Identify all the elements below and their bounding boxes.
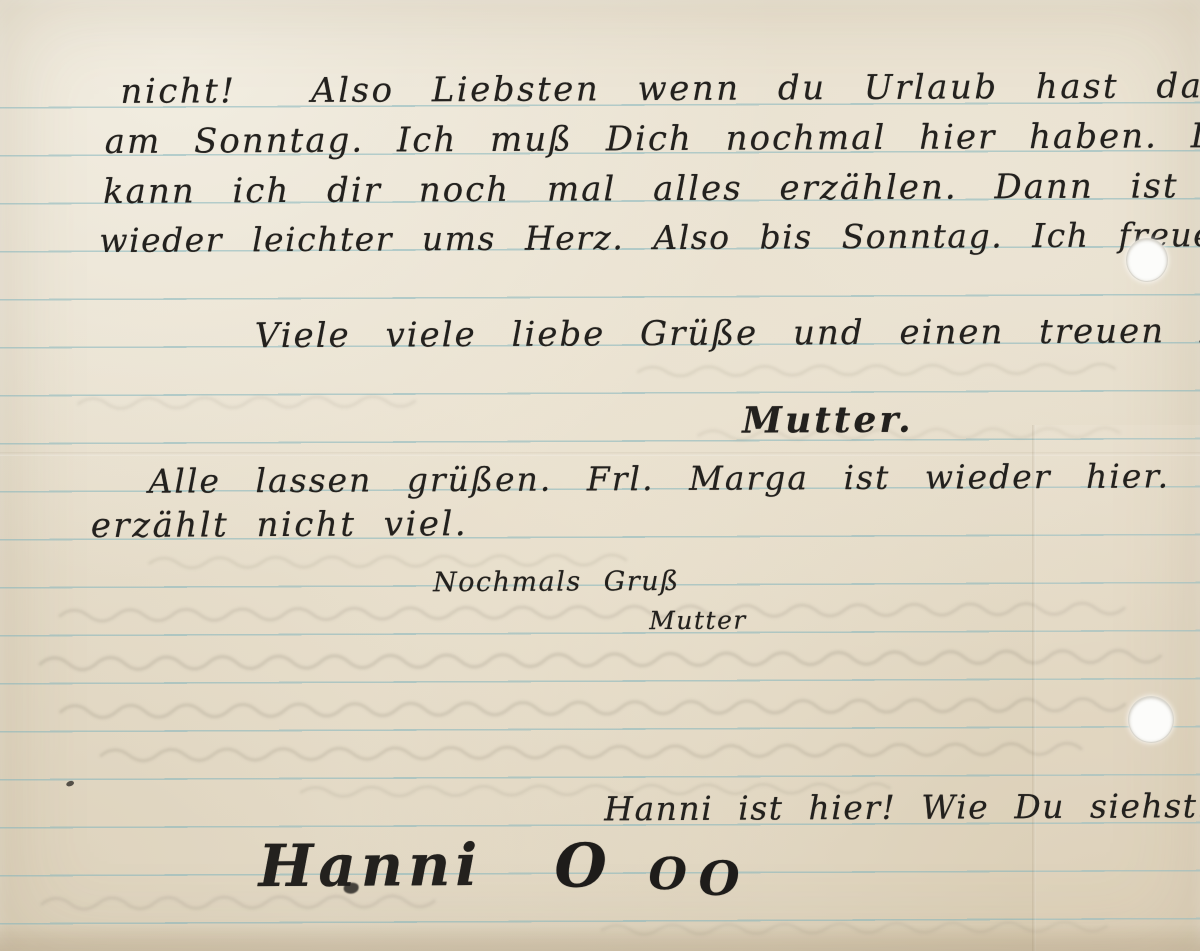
- signature-mutter: Mutter.: [742, 401, 914, 441]
- postscript-line-2: erzählt nicht viel.: [91, 506, 469, 545]
- handwriting-layer: nicht! Also Liebsten wenn du Urlaub hast…: [0, 0, 1200, 951]
- postscript-line-1: Alle lassen grüßen. Frl. Marga ist wiede…: [148, 458, 1200, 500]
- ink-speck: [65, 780, 74, 787]
- second-signature: Mutter: [649, 607, 747, 635]
- kiss-circle-1: O: [554, 831, 607, 901]
- closing-greeting: Viele viele liebe Grüße und einen treuen…: [255, 313, 1200, 356]
- body-line-1: nicht! Also Liebsten wenn du Urlaub hast…: [120, 67, 1200, 111]
- body-line-3: kann ich dir noch mal alles erzählen. Da…: [103, 167, 1200, 211]
- punch-hole-top: [1126, 238, 1168, 282]
- body-line-4: wieder leichter ums Herz. Also bis Sonnt…: [99, 216, 1200, 259]
- kiss-circle-3: O: [698, 852, 739, 907]
- kiss-circle-2: O: [648, 849, 687, 900]
- scanned-letter-page: nicht! Also Liebsten wenn du Urlaub hast…: [0, 0, 1200, 951]
- second-greeting: Nochmals Gruß: [433, 567, 680, 598]
- punch-hole-bottom: [1128, 696, 1174, 743]
- hanni-note: Hanni ist hier! Wie Du siehst!: [604, 788, 1200, 827]
- body-line-2: am Sonntag. Ich muß Dich nochmal hier ha…: [105, 118, 1200, 162]
- hanni-signature: Hanni: [258, 834, 482, 899]
